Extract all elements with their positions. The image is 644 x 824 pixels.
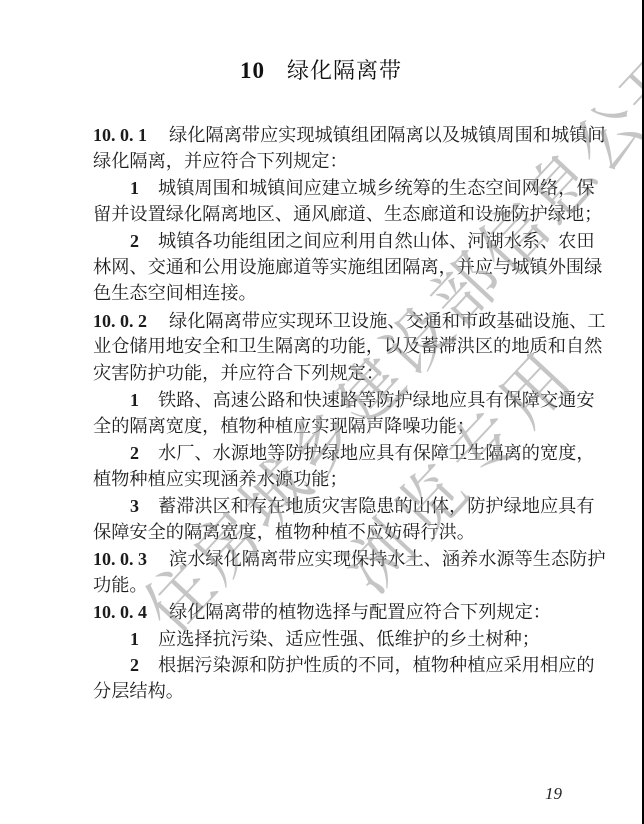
- clause-number: 10. 0. 2: [93, 311, 147, 331]
- item-line: 留并设置绿化隔离地区、通风廊道、生态廊道和设施防护绿地；: [93, 202, 583, 229]
- clause-line: 业仓储用地安全和卫生隔离的功能，以及蓄滞洪区的地质和自然: [93, 334, 583, 361]
- item-text: 全的隔离宽度，植物种植应实现隔声降噪功能；: [93, 416, 475, 437]
- clause-text: 滨水绿化隔离带应实现保持水土、涵养水源等生态防护: [169, 549, 606, 570]
- item-line: 全的隔离宽度，植物种植应实现隔声降噪功能；: [93, 414, 583, 441]
- item-line: 3蓄滞洪区和存在地质灾害隐患的山体，防护绿地应具有: [93, 493, 583, 520]
- clause-line: 10. 0. 1绿化隔离带应实现城镇组团隔离以及城镇周围和城镇间: [93, 122, 583, 149]
- item-number: 1: [130, 390, 139, 410]
- clause-text: 灾害防护功能，并应符合下列规定：: [93, 363, 384, 384]
- item-text: 水厂、水源地等防护绿地应具有保障卫生隔离的宽度，: [158, 443, 595, 464]
- item-text: 应选择抗污染、适应性强、低维护的乡土树种；: [158, 629, 540, 650]
- clause-10-0-1: 10. 0. 1绿化隔离带应实现城镇组团隔离以及城镇周围和城镇间 绿化隔离，并应…: [93, 122, 583, 308]
- item-text: 保障安全的隔离宽度，植物种植不应妨碍行洪。: [93, 522, 475, 543]
- clause-text: 绿化隔离，并应符合下列规定：: [93, 151, 348, 172]
- item-text: 城镇各功能组团之间应利用自然山体、河湖水系、农田: [158, 231, 595, 252]
- item-text: 林网、交通和公用设施廊道等实施组团隔离，并应与城镇外围绿: [93, 257, 602, 278]
- item-text: 植物种植应实现涵养水源功能；: [93, 469, 348, 490]
- item-text: 蓄滞洪区和存在地质灾害隐患的山体，防护绿地应具有: [158, 496, 595, 517]
- item-text: 铁路、高速公路和快速路等防护绿地应具有保障交通安: [158, 390, 595, 411]
- item-line: 分层结构。: [93, 679, 583, 706]
- item-line: 色生态空间相连接。: [93, 281, 583, 308]
- clause-10-0-3: 10. 0. 3滨水绿化隔离带应实现保持水土、涵养水源等生态防护 功能。: [93, 546, 583, 599]
- page-number: 19: [545, 784, 562, 804]
- item-text: 留并设置绿化隔离地区、通风廊道、生态廊道和设施防护绿地；: [93, 204, 602, 225]
- clause-line: 10. 0. 2绿化隔离带应实现环卫设施、交通和市政基础设施、工: [93, 308, 583, 335]
- chapter-title-text: 绿化隔离带: [287, 59, 402, 84]
- clause-text: 绿化隔离带应实现环卫设施、交通和市政基础设施、工: [169, 311, 606, 332]
- item-number: 1: [130, 629, 139, 649]
- clause-10-0-4: 10. 0. 4绿化隔离带的植物选择与配置应符合下列规定： 1应选择抗污染、适应…: [93, 599, 583, 705]
- chapter-number: 10: [240, 58, 265, 83]
- clause-line: 灾害防护功能，并应符合下列规定：: [93, 361, 583, 388]
- item-line: 1城镇周围和城镇间应建立城乡统筹的生态空间网络，保: [93, 175, 583, 202]
- body-text: 10. 0. 1绿化隔离带应实现城镇组团隔离以及城镇周围和城镇间 绿化隔离，并应…: [93, 122, 583, 705]
- item-line: 林网、交通和公用设施廊道等实施组团隔离，并应与城镇外围绿: [93, 255, 583, 282]
- clause-number: 10. 0. 1: [93, 125, 147, 145]
- item-line: 1应选择抗污染、适应性强、低维护的乡土树种；: [93, 626, 583, 653]
- clause-number: 10. 0. 4: [93, 602, 147, 622]
- clause-line: 10. 0. 3滨水绿化隔离带应实现保持水土、涵养水源等生态防护: [93, 546, 583, 573]
- item-text: 根据污染源和防护性质的不同，植物种植应采用相应的: [158, 655, 595, 676]
- item-line: 2根据污染源和防护性质的不同，植物种植应采用相应的: [93, 652, 583, 679]
- item-number: 1: [130, 178, 139, 198]
- clause-number: 10. 0. 3: [93, 549, 147, 569]
- clause-line: 绿化隔离，并应符合下列规定：: [93, 149, 583, 176]
- clause-10-0-2: 10. 0. 2绿化隔离带应实现环卫设施、交通和市政基础设施、工 业仓储用地安全…: [93, 308, 583, 547]
- clause-line: 功能。: [93, 573, 583, 600]
- item-number: 2: [130, 443, 139, 463]
- clause-text: 绿化隔离带应实现城镇组团隔离以及城镇周围和城镇间: [169, 125, 606, 146]
- item-number: 3: [130, 496, 139, 516]
- document-page: 10绿化隔离带 10. 0. 1绿化隔离带应实现城镇组团隔离以及城镇周围和城镇间…: [0, 0, 642, 824]
- clause-text: 功能。: [93, 575, 148, 596]
- item-line: 2水厂、水源地等防护绿地应具有保障卫生隔离的宽度，: [93, 440, 583, 467]
- item-line: 1铁路、高速公路和快速路等防护绿地应具有保障交通安: [93, 387, 583, 414]
- clause-text: 业仓储用地安全和卫生隔离的功能，以及蓄滞洪区的地质和自然: [93, 336, 602, 357]
- clause-text: 绿化隔离带的植物选择与配置应符合下列规定：: [169, 602, 551, 623]
- item-line: 保障安全的隔离宽度，植物种植不应妨碍行洪。: [93, 520, 583, 547]
- item-line: 植物种植应实现涵养水源功能；: [93, 467, 583, 494]
- item-line: 2城镇各功能组团之间应利用自然山体、河湖水系、农田: [93, 228, 583, 255]
- clause-line: 10. 0. 4绿化隔离带的植物选择与配置应符合下列规定：: [93, 599, 583, 626]
- item-number: 2: [130, 231, 139, 251]
- chapter-title: 10绿化隔离带: [0, 56, 642, 87]
- item-text: 色生态空间相连接。: [93, 283, 257, 304]
- item-text: 城镇周围和城镇间应建立城乡统筹的生态空间网络，保: [158, 178, 595, 199]
- item-text: 分层结构。: [93, 681, 184, 702]
- item-number: 2: [130, 655, 139, 675]
